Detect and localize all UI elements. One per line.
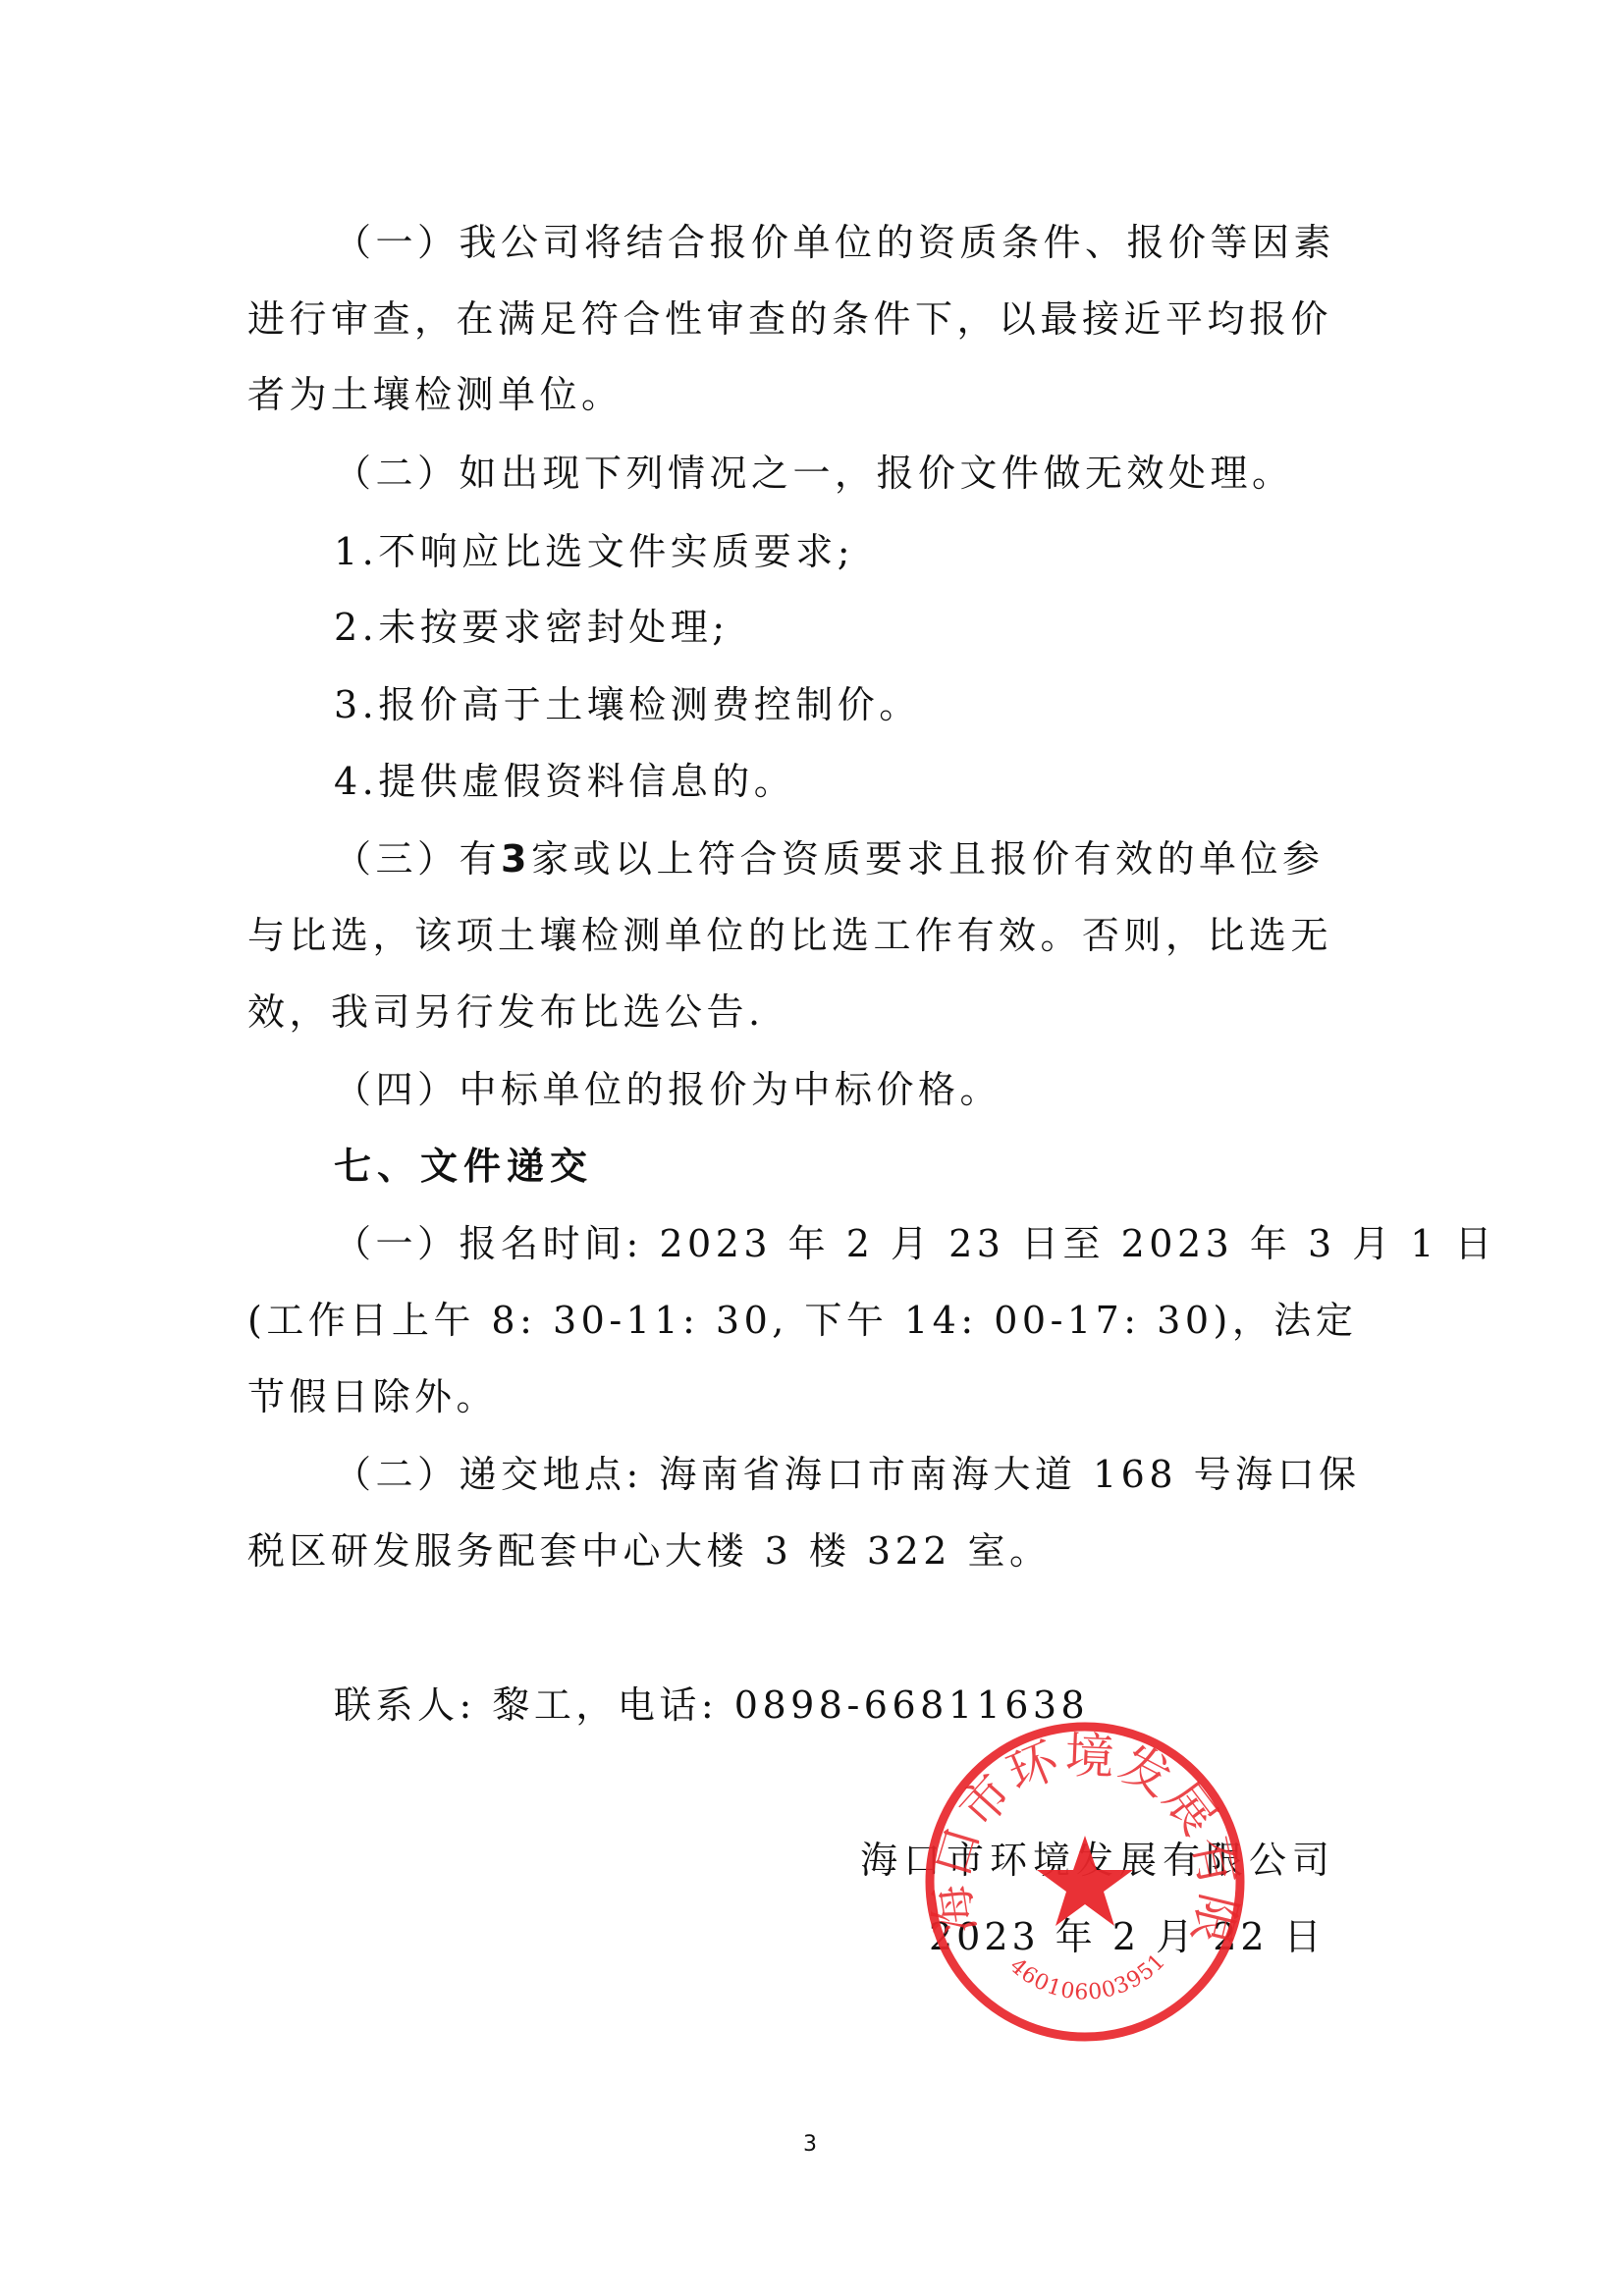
paragraph-3-line-1: （三）有3家或以上符合资质要求且报价有效的单位参 <box>334 834 1473 883</box>
paragraph-3-line-2: 与比选，该项土壤检测单位的比选工作有效。否则，比选无 <box>247 911 1386 960</box>
submission-place-line-2: 税区研发服务配套中心大楼 3 楼 322 室。 <box>247 1526 1386 1575</box>
list-item-4: 4.提供虚假资料信息的。 <box>334 757 1473 806</box>
paragraph-1-line-2: 进行审查，在满足符合性审查的条件下，以最接近平均报价 <box>247 294 1386 344</box>
paragraph-3-number: 3 <box>501 837 531 881</box>
list-item-3: 3.报价高于土壤检测费控制价。 <box>334 680 1473 729</box>
paragraph-3-prefix: （三）有 <box>334 837 501 881</box>
document-page: （一）我公司将结合报价单位的资质条件、报价等因素 进行审查，在满足符合性审查的条… <box>0 0 1624 2296</box>
paragraph-1-line-3: 者为土壤检测单位。 <box>247 370 1386 419</box>
submission-place-line-1: （二）递交地点: 海南省海口市南海大道 168 号海口保 <box>334 1450 1473 1499</box>
submission-time-line-1: （一）报名时间: 2023 年 2 月 23 日至 2023 年 3 月 1 日 <box>334 1219 1473 1268</box>
list-item-1: 1.不响应比选文件实质要求; <box>334 527 1473 576</box>
section-heading: 七、文件递交 <box>334 1142 1473 1191</box>
list-item-2: 2.未按要求密封处理; <box>334 603 1473 652</box>
paragraph-1-line-1: （一）我公司将结合报价单位的资质条件、报价等因素 <box>334 218 1473 267</box>
paragraph-3-line-3: 效，我司另行发布比选公告. <box>247 988 1386 1037</box>
contact-line: 联系人: 黎工，电话: 0898-66811638 <box>334 1681 1473 1730</box>
paragraph-2-line-1: （二）如出现下列情况之一，报价文件做无效处理。 <box>334 449 1473 498</box>
paragraph-4-line-1: （四）中标单位的报价为中标价格。 <box>334 1065 1473 1114</box>
paragraph-3-suffix: 家或以上符合资质要求且报价有效的单位参 <box>531 837 1325 881</box>
submission-time-line-3: 节假日除外。 <box>247 1372 1386 1421</box>
page-number: 3 <box>803 2132 817 2157</box>
submission-time-line-2: (工作日上午 8: 30-11: 30, 下午 14: 00-17: 30)，法… <box>247 1296 1386 1345</box>
company-seal-stamp: 海口市环境发展有限公司 4601060039510 <box>923 1720 1247 2044</box>
